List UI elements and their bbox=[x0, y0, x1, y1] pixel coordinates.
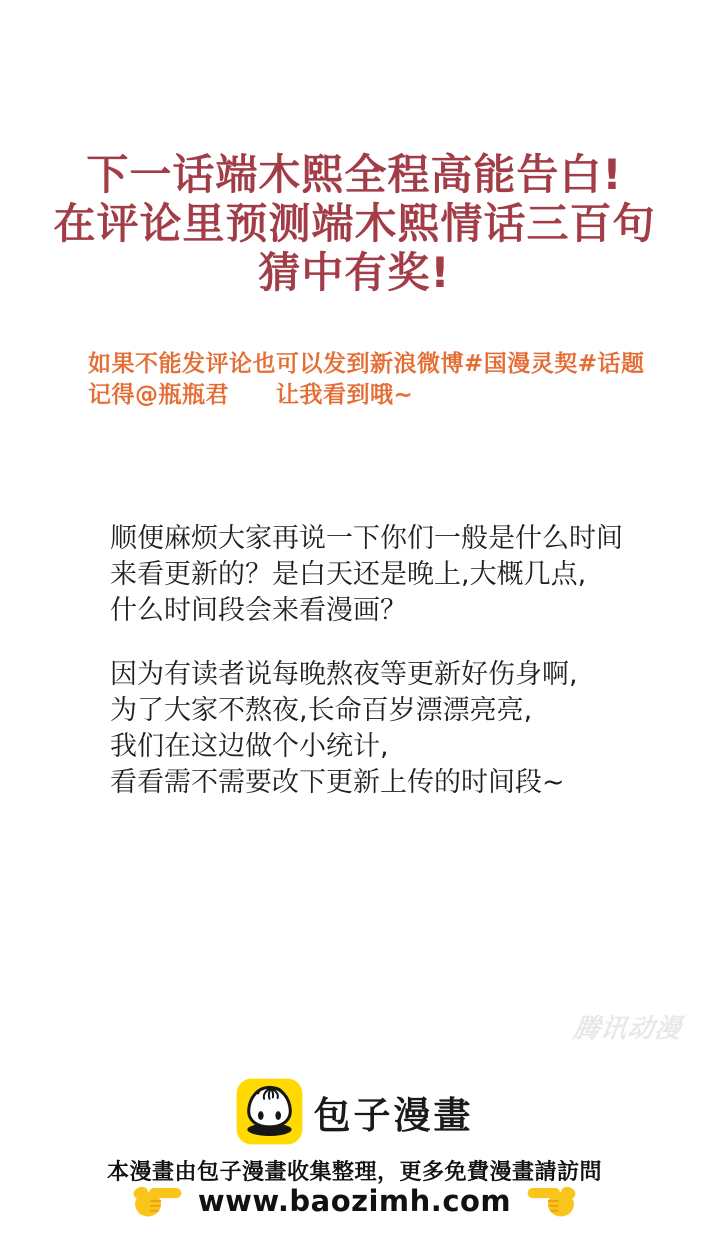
brand-row: 包子漫畫 bbox=[0, 1078, 709, 1145]
announcement-heading: 下一话端木熙全程高能告白! 在评论里预测端木熙情话三百句 猜中有奖! bbox=[0, 150, 709, 297]
announcement-line-1: 下一话端木熙全程高能告白! bbox=[0, 150, 709, 199]
announcement-line-2: 在评论里预测端木熙情话三百句 bbox=[0, 199, 709, 248]
website-url: www.baozimh.com bbox=[198, 1184, 511, 1218]
announcement-line-3: 猜中有奖! bbox=[0, 248, 709, 297]
author-message-paragraph-2: 因为有读者说每晚熬夜等更新好伤身啊, 为了大家不熬夜,长命百岁漂漂亮亮, 我们在… bbox=[110, 657, 650, 801]
author-message-paragraph-1: 顺便麻烦大家再说一下你们一般是什么时间 来看更新的？是白天还是晚上,大概几点, … bbox=[110, 521, 650, 629]
tencent-comics-watermark: 腾讯动漫 bbox=[571, 1008, 684, 1045]
brand-name: 包子漫畫 bbox=[314, 1085, 474, 1139]
comic-announcement-page: 下一话端木熙全程高能告白! 在评论里预测端木熙情话三百句 猜中有奖! 如果不能发… bbox=[0, 0, 709, 1240]
weibo-notice: 如果不能发评论也可以发到新浪微博#国漫灵契#话题 记得@瓶瓶君 让我看到哦~ bbox=[88, 349, 645, 411]
pointing-left-hand-icon bbox=[526, 1182, 578, 1220]
author-message: 顺便麻烦大家再说一下你们一般是什么时间 来看更新的？是白天还是晚上,大概几点, … bbox=[110, 521, 650, 801]
weibo-notice-line-1: 如果不能发评论也可以发到新浪微博#国漫灵契#话题 bbox=[88, 349, 645, 380]
website-url-row: www.baozimh.com bbox=[0, 1182, 709, 1220]
baozi-bun-logo-icon bbox=[236, 1078, 303, 1145]
weibo-notice-line-2: 记得@瓶瓶君 让我看到哦~ bbox=[88, 380, 645, 411]
pointing-right-hand-icon bbox=[131, 1182, 183, 1220]
